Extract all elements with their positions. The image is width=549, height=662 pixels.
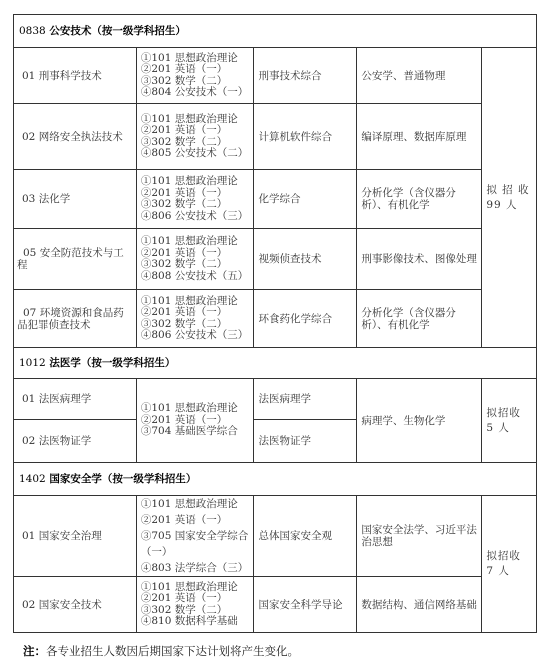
major-name: 03 法化学 [14,170,137,229]
exam-item: ④810 数据科学基础 [141,616,250,628]
retest-subject: 法医物证学 [254,420,357,463]
equivalent-subjects: 编译原理、数据库原理 [357,104,482,170]
exam-item: ③302 数学（二） [141,199,250,211]
major-name: 01 刑事科学技术 [14,48,137,104]
exam-item: ④808 公安技术（五） [141,271,250,283]
exam-item: ②201 英语（一） [141,307,250,319]
quota: 拟 招 收 99 人 [482,48,537,348]
section-code: 1012 [19,357,46,369]
exam-subjects: ①101 思想政治理论 ②201 英语（一） ③302 数学（二） ④804 公… [136,48,254,104]
exam-subjects: ①101 思想政治理论 ②201 英语（一） ③705 国家安全学综合 （一） … [136,496,254,577]
exam-item: （一） [141,544,250,560]
major-name: 02 国家安全技术 [14,577,137,633]
exam-subjects: ①101 思想政治理论 ②201 英语（一） ③704 基础医学综合 [136,379,254,463]
section-header-1402: 1402 国家安全学（按一级学科招生） [14,463,537,496]
retest-subject: 视频侦查技术 [254,229,357,290]
exam-subjects: ①101 思想政治理论 ②201 英语（一） ③302 数学（二） ④806 公… [136,170,254,229]
table-row: 01 刑事科学技术 ①101 思想政治理论 ②201 英语（一） ③302 数学… [14,48,537,104]
exam-item: ①101 思想政治理论 [141,176,250,188]
table-row: 02 国家安全技术 ①101 思想政治理论 ②201 英语（一） ③302 数学… [14,577,537,633]
section-title: 国家安全学（按一级学科招生） [49,473,196,485]
exam-item: ③705 国家安全学综合 [141,528,250,544]
retest-subject: 刑事技术综合 [254,48,357,104]
retest-subject: 计算机软件综合 [254,104,357,170]
section-header-0838: 0838 公安技术（按一级学科招生） [14,15,537,48]
section-header-1012: 1012 法医学（按一级学科招生） [14,348,537,379]
admissions-table: 0838 公安技术（按一级学科招生） 01 刑事科学技术 ①101 思想政治理论… [13,14,537,633]
exam-subjects: ①101 思想政治理论 ②201 英语（一） ③302 数学（二） ④808 公… [136,229,254,290]
equivalent-subjects: 公安学、普通物理 [357,48,482,104]
exam-item: ④804 公安技术（一） [141,87,250,99]
exam-subjects: ①101 思想政治理论 ②201 英语（一） ③302 数学（二） ④805 公… [136,104,254,170]
retest-subject: 法医病理学 [254,379,357,420]
quota: 拟招收 5 人 [482,379,537,463]
equivalent-subjects: 数据结构、通信网络基础 [357,577,482,633]
exam-item: ③704 基础医学综合 [141,426,250,438]
exam-subjects: ①101 思想政治理论 ②201 英语（一） ③302 数学（二） ④810 数… [136,577,254,633]
section-code: 1402 [19,473,46,485]
footnote-label: 注： [23,644,46,658]
table-row: 05 安全防范技术与工程 ①101 思想政治理论 ②201 英语（一） ③302… [14,229,537,290]
retest-subject: 环食药化学综合 [254,290,357,348]
major-name: 01 法医病理学 [14,379,137,420]
equivalent-subjects: 病理学、生物化学 [357,379,482,463]
retest-subject: 国家安全科学导论 [254,577,357,633]
table-row: 07 环境资源和食品药品犯罪侦查技术 ①101 思想政治理论 ②201 英语（一… [14,290,537,348]
footnote-text: 各专业招生人数因后期国家下达计划将产生变化。 [46,644,299,658]
equivalent-subjects: 国家安全法学、习近平法治思想 [357,496,482,577]
exam-subjects: ①101 思想政治理论 ②201 英语（一） ③302 数学（二） ④806 公… [136,290,254,348]
exam-item: ③302 数学（二） [141,259,250,271]
exam-item: ②201 英语（一） [141,512,250,528]
major-name: 07 环境资源和食品药品犯罪侦查技术 [14,290,137,348]
section-code: 0838 [19,25,46,37]
exam-item: ④805 公安技术（二） [141,148,250,160]
retest-subject: 化学综合 [254,170,357,229]
section-title: 法医学（按一级学科招生） [49,357,175,369]
table-row: 01 法医病理学 ①101 思想政治理论 ②201 英语（一） ③704 基础医… [14,379,537,420]
footnote: 注：各专业招生人数因后期国家下达计划将产生变化。 [23,643,299,659]
major-name: 02 网络安全执法技术 [14,104,137,170]
exam-item: ①101 思想政治理论 [141,236,250,248]
exam-item: ①101 思想政治理论 [141,496,250,512]
exam-item: ④806 公安技术（三） [141,211,250,223]
exam-item: ②201 英语（一） [141,64,250,76]
exam-item: ②201 英语（一） [141,125,250,137]
major-name: 01 国家安全治理 [14,496,137,577]
table-row: 01 国家安全治理 ①101 思想政治理论 ②201 英语（一） ③705 国家… [14,496,537,577]
table-row: 03 法化学 ①101 思想政治理论 ②201 英语（一） ③302 数学（二）… [14,170,537,229]
equivalent-subjects: 分析化学（含仪器分析）、有机化学 [357,170,482,229]
exam-item: ②201 英语（一） [141,593,250,605]
exam-item: ④806 公安技术（三） [141,330,250,342]
exam-item: ④803 法学综合（三） [141,560,250,576]
major-name: 02 法医物证学 [14,420,137,463]
equivalent-subjects: 分析化学（含仪器分析）、有机化学 [357,290,482,348]
section-title: 公安技术（按一级学科招生） [49,25,186,37]
quota: 拟招收 7 人 [482,496,537,633]
major-name: 05 安全防范技术与工程 [14,229,137,290]
equivalent-subjects: 刑事影像技术、图像处理 [357,229,482,290]
retest-subject: 总体国家安全观 [254,496,357,577]
table-row: 02 网络安全执法技术 ①101 思想政治理论 ②201 英语（一） ③302 … [14,104,537,170]
